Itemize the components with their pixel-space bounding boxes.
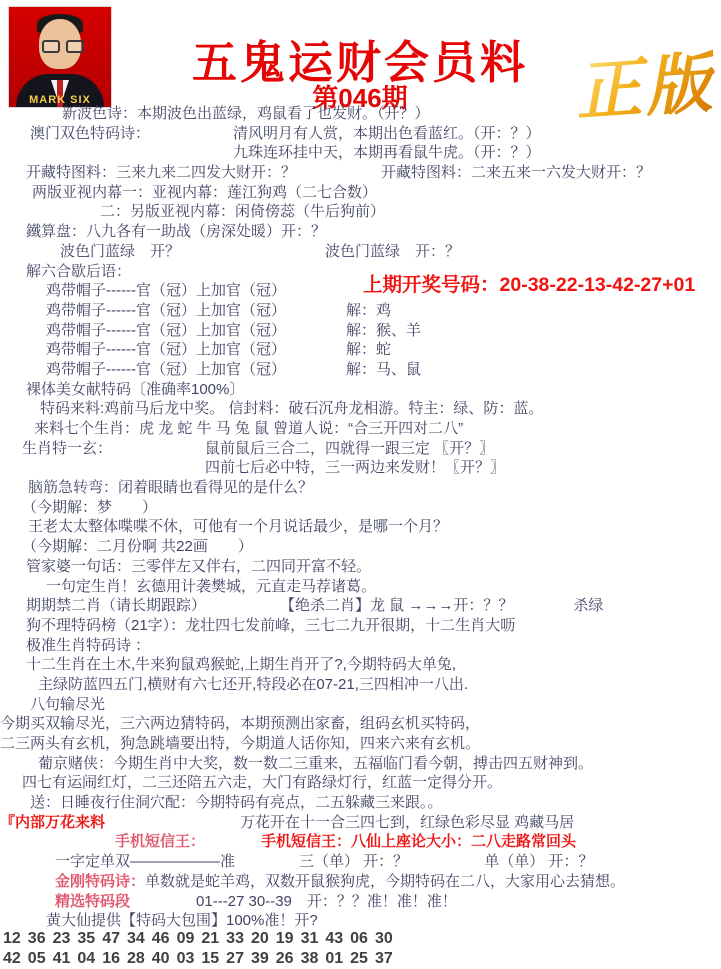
number-cell: 21 xyxy=(201,929,219,949)
text-line: 两版亚视内幕一：亚视内幕：莲江狗鸡（二七合数） xyxy=(0,183,721,203)
text-segment: 鼠前鼠后三合二，四就得一跟三定 〖开？〗 xyxy=(205,439,494,459)
content-lines: 新波色诗：本期波色出蓝绿，鸡鼠看了也发财。（开？）澳门双色特码诗：清风明月有人赏… xyxy=(0,104,721,931)
text-segment: 鸡带帽子------官（冠）上加官（冠） xyxy=(46,321,286,341)
number-cell: 38 xyxy=(301,949,319,969)
text-segment: 裸体美女献特码〔准确率100%〕 xyxy=(26,380,244,400)
text-line: 今期买双输尽光，三六两边猜特码，本期预测出家畜，组码玄机买特码， xyxy=(0,714,721,734)
number-cell: 43 xyxy=(325,929,343,949)
text-segment: 单数就是蛇羊鸡，双数开鼠猴狗虎，今期特码在二八，大家用心去猜想。 xyxy=(145,872,625,892)
text-line: 十二生肖在土木,牛来狗鼠鸡猴蛇,上期生肖开了?,今期特码大单兔, xyxy=(0,655,721,675)
text-segment: 01---27 30--39 开：？？准！准！准！ xyxy=(196,892,457,912)
text-segment: 解六合歇后语： xyxy=(26,262,131,282)
text-segment: 单（单） 开：？ xyxy=(484,852,593,872)
text-line: 王老太太整体喋喋不休，可他有一个月说话最少，是哪一个月？ xyxy=(0,517,721,537)
number-cell: 35 xyxy=(77,929,95,949)
number-cell: 01 xyxy=(325,949,343,969)
text-segment: 九珠连环挂中天，本期再看鼠牛虎。（开：？） xyxy=(233,143,541,163)
text-segment: 澳门双色特码诗： xyxy=(30,124,150,144)
text-segment: 手机短信王： xyxy=(115,832,205,852)
number-grid: 1236233547344609213320193143063042054104… xyxy=(3,929,721,968)
text-line: 鸡带帽子------官（冠）上加官（冠）解：鸡 xyxy=(0,301,721,321)
text-segment: 开藏特图料：三来九来二四发大财开：？ xyxy=(26,163,296,183)
text-line: 鸡带帽子------官（冠）上加官（冠） xyxy=(0,281,721,301)
text-segment: 期期禁二肖（请长期跟踪） xyxy=(26,596,206,616)
text-line: 解六合歇后语： xyxy=(0,262,721,282)
text-line: 开藏特图料：三来九来二四发大财开：？开藏特图料：二来五来一六发大财开：？ xyxy=(0,163,721,183)
text-line: 脑筋急转弯：闭着眼睛也看得见的是什么？ xyxy=(0,478,721,498)
text-segment: 开藏特图料：二来五来一六发大财开：？ xyxy=(381,163,651,183)
text-segment: （今期解：二月份啊 共22画 ） xyxy=(22,537,253,557)
text-segment: 杀绿 xyxy=(573,596,603,616)
text-segment: 狗不理特码榜（21字）：龙壮四七发前峰，三七二九开很期，十二生肖大呖 xyxy=(26,616,515,636)
text-segment: 鸡带帽子------官（冠）上加官（冠） xyxy=(46,281,286,301)
text-segment: 鐵算盘：八九各有一助战（房深处暖）开：？ xyxy=(26,222,326,242)
text-line: 波色门蓝绿 开？波色门蓝绿 开：？ xyxy=(0,242,721,262)
text-line: 鸡带帽子------官（冠）上加官（冠）解：马、鼠 xyxy=(0,360,721,380)
text-segment: 生肖特一玄： xyxy=(22,439,112,459)
number-row: 42054104162840031527392638012537 xyxy=(3,949,721,969)
number-cell: 04 xyxy=(77,949,95,969)
number-cell: 20 xyxy=(251,929,269,949)
text-line: （今期解：梦 ） xyxy=(0,498,721,518)
text-line: 『内部万花来料万花开在十一合三四七到，红绿色彩尽显 鸡藏马居 xyxy=(0,813,721,833)
text-line: 鸡带帽子------官（冠）上加官（冠）解：蛇 xyxy=(0,340,721,360)
portrait-photo: MARK SIX xyxy=(8,6,112,108)
number-cell: 33 xyxy=(226,929,244,949)
page: MARK SIX 五鬼运财会员料 第046期 正版 上期开奖号码：20-38-2… xyxy=(0,0,721,969)
text-segment: 解：鸡 xyxy=(346,301,391,321)
number-cell: 41 xyxy=(53,949,71,969)
text-line: 鸡带帽子------官（冠）上加官（冠）解：猴、羊 xyxy=(0,321,721,341)
text-segment: 特码来料:鸡前马后龙中奖。 信封料：破石沉舟龙相游。特主：绿、防：蓝。 xyxy=(40,399,543,419)
number-cell: 36 xyxy=(28,929,46,949)
text-segment: 鸡带帽子------官（冠）上加官（冠） xyxy=(46,360,286,380)
text-segment: 清风明月有人赏，本期出色看蓝红。（开：？） xyxy=(233,124,541,144)
number-cell: 15 xyxy=(201,949,219,969)
number-cell: 23 xyxy=(53,929,71,949)
text-segment: 四七有运闹红灯，二三还陪五六走，大门有路绿灯行，红蓝一定得分开。 xyxy=(22,773,502,793)
text-segment: 二三两头有玄机，狗急跳墙要出特，今期道人话你知，四来六来有玄机。 xyxy=(0,734,480,754)
text-line: 期期禁二肖（请长期跟踪）【绝杀二肖】龙 鼠 →→→开：？？杀绿 xyxy=(0,596,721,616)
text-line: 主绿防蓝四五门,横财有六七还开,特段必在07-21,三四相冲一八出. xyxy=(0,675,721,695)
text-line: 鐵算盘：八九各有一助战（房深处暖）开：？ xyxy=(0,222,721,242)
text-segment: 黄大仙提供【特码大包围】100%准！开? xyxy=(46,911,318,931)
number-cell: 42 xyxy=(3,949,21,969)
text-line: 裸体美女献特码〔准确率100%〕 xyxy=(0,380,721,400)
text-segment: 两版亚视内幕一：亚视内幕：莲江狗鸡（二七合数） xyxy=(32,183,377,203)
text-segment: 送：日睡夜行住洞穴配：今期特码有亮点，二五躲藏三来跟。。 xyxy=(30,793,443,813)
text-segment: 十二生肖在土木,牛来狗鼠鸡猴蛇,上期生肖开了?,今期特码大单兔, xyxy=(26,655,456,675)
text-segment: 王老太太整体喋喋不休，可他有一个月说话最少，是哪一个月？ xyxy=(28,517,448,537)
text-segment: 八句输尽光 xyxy=(30,695,105,715)
text-line: 生肖特一玄：鼠前鼠后三合二，四就得一跟三定 〖开？〗 xyxy=(0,439,721,459)
number-cell: 34 xyxy=(127,929,145,949)
text-segment: 鸡带帽子------官（冠）上加官（冠） xyxy=(46,340,286,360)
text-line: 黄大仙提供【特码大包围】100%准！开? xyxy=(0,911,721,931)
text-line: 一句定生肖！玄德用计袭樊城，元直走马荐诸葛。 xyxy=(0,577,721,597)
text-line: 极准生肖特码诗 ： xyxy=(0,636,721,656)
text-line: 狗不理特码榜（21字）：龙壮四七发前峰，三七二九开很期，十二生肖大呖 xyxy=(0,616,721,636)
text-line: 四七有运闹红灯，二三还陪五六走，大门有路绿灯行，红蓝一定得分开。 xyxy=(0,773,721,793)
text-segment: 解：猴、羊 xyxy=(346,321,421,341)
text-line: 澳门双色特码诗：清风明月有人赏，本期出色看蓝红。（开：？） xyxy=(0,124,721,144)
text-segment: 来料七个生肖：虎 龙 蛇 牛 马 兔 鼠 曾道人说：“合三开四对二八” xyxy=(34,419,463,439)
glasses-icon xyxy=(42,40,84,53)
number-cell: 12 xyxy=(3,929,21,949)
text-segment: 一字定单双——————准 xyxy=(55,852,235,872)
text-line: 葡京赌侠：今期生肖中大奖，数一数二三重来，五福临门看今朝，搏击四五财神到。 xyxy=(0,754,721,774)
number-row: 12362335473446092133201931430630 xyxy=(3,929,721,949)
number-cell: 40 xyxy=(152,949,170,969)
number-cell: 16 xyxy=(102,949,120,969)
text-segment: 新波色诗：本期波色出蓝绿，鸡鼠看了也发财。（开？） xyxy=(62,104,430,124)
text-segment: 金刚特码诗： xyxy=(55,872,145,892)
number-cell: 03 xyxy=(177,949,195,969)
text-line: 来料七个生肖：虎 龙 蛇 牛 马 兔 鼠 曾道人说：“合三开四对二八” xyxy=(0,419,721,439)
number-cell: 06 xyxy=(350,929,368,949)
text-segment: 解：马、鼠 xyxy=(346,360,421,380)
text-line: 新波色诗：本期波色出蓝绿，鸡鼠看了也发财。（开？） xyxy=(0,104,721,124)
text-segment: 【绝杀二肖】龙 鼠 →→→开：？？ xyxy=(280,596,513,616)
text-line: 八句输尽光 xyxy=(0,695,721,715)
text-segment: 三（单） 开：？ xyxy=(299,852,408,872)
text-segment: 四前七后必中特，三一两边来发财！〖开？〗 xyxy=(205,458,505,478)
number-cell: 28 xyxy=(127,949,145,969)
text-line: 九珠连环挂中天，本期再看鼠牛虎。（开：？） xyxy=(0,143,721,163)
text-segment: 波色门蓝绿 开？ xyxy=(60,242,180,262)
text-line: 四前七后必中特，三一两边来发财！〖开？〗 xyxy=(0,458,721,478)
text-line: 金刚特码诗：单数就是蛇羊鸡，双数开鼠猴狗虎，今期特码在二八，大家用心去猜想。 xyxy=(0,872,721,892)
number-cell: 39 xyxy=(251,949,269,969)
text-segment: 主绿防蓝四五门,横财有六七还开,特段必在07-21,三四相冲一八出. xyxy=(38,675,468,695)
text-segment: 解：蛇 xyxy=(346,340,391,360)
text-line: 特码来料:鸡前马后龙中奖。 信封料：破石沉舟龙相游。特主：绿、防：蓝。 xyxy=(0,399,721,419)
text-segment: 手机短信王：八仙上座论大小：二八走路常回头 xyxy=(261,832,576,852)
text-line: 精选特码段01---27 30--39 开：？？准！准！准！ xyxy=(0,892,721,912)
text-line: 管家婆一句话：三零伴左又伴右，二四同开富不轻。 xyxy=(0,557,721,577)
text-segment: 鸡带帽子------官（冠）上加官（冠） xyxy=(46,301,286,321)
text-line: 一字定单双——————准三（单） 开：？单（单） 开：？ xyxy=(0,852,721,872)
text-segment: 『内部万花来料 xyxy=(0,813,105,833)
text-segment: 极准生肖特码诗 ： xyxy=(26,636,150,656)
text-line: 送：日睡夜行住洞穴配：今期特码有亮点，二五躲藏三来跟。。 xyxy=(0,793,721,813)
number-cell: 31 xyxy=(301,929,319,949)
text-segment: 一句定生肖！玄德用计袭樊城，元直走马荐诸葛。 xyxy=(46,577,376,597)
text-segment: 脑筋急转弯：闭着眼睛也看得见的是什么？ xyxy=(28,478,313,498)
number-cell: 37 xyxy=(375,949,393,969)
text-line: 手机短信王：手机短信王：八仙上座论大小：二八走路常回头 xyxy=(0,832,721,852)
text-line: （今期解：二月份啊 共22画 ） xyxy=(0,537,721,557)
number-cell: 46 xyxy=(152,929,170,949)
text-line: 二：另版亚视内幕：闲倚傍蕊（牛后狗前） xyxy=(0,202,721,222)
text-segment: 二：另版亚视内幕：闲倚傍蕊（牛后狗前） xyxy=(100,202,385,222)
number-cell: 09 xyxy=(177,929,195,949)
text-segment: 精选特码段 xyxy=(55,892,130,912)
number-cell: 27 xyxy=(226,949,244,969)
text-segment: 管家婆一句话：三零伴左又伴右，二四同开富不轻。 xyxy=(26,557,371,577)
text-line: 二三两头有玄机，狗急跳墙要出特，今期道人话你知，四来六来有玄机。 xyxy=(0,734,721,754)
text-segment: 波色门蓝绿 开：？ xyxy=(325,242,460,262)
number-cell: 05 xyxy=(28,949,46,969)
text-segment: 葡京赌侠：今期生肖中大奖，数一数二三重来，五福临门看今朝，搏击四五财神到。 xyxy=(38,754,593,774)
number-cell: 26 xyxy=(276,949,294,969)
number-cell: 25 xyxy=(350,949,368,969)
text-segment: （今期解：梦 ） xyxy=(22,498,157,518)
number-cell: 30 xyxy=(375,929,393,949)
text-segment: 今期买双输尽光，三六两边猜特码，本期预测出家畜，组码玄机买特码， xyxy=(0,714,480,734)
number-cell: 47 xyxy=(102,929,120,949)
text-segment: 万花开在十一合三四七到，红绿色彩尽显 鸡藏马居 xyxy=(240,813,574,833)
number-cell: 19 xyxy=(276,929,294,949)
